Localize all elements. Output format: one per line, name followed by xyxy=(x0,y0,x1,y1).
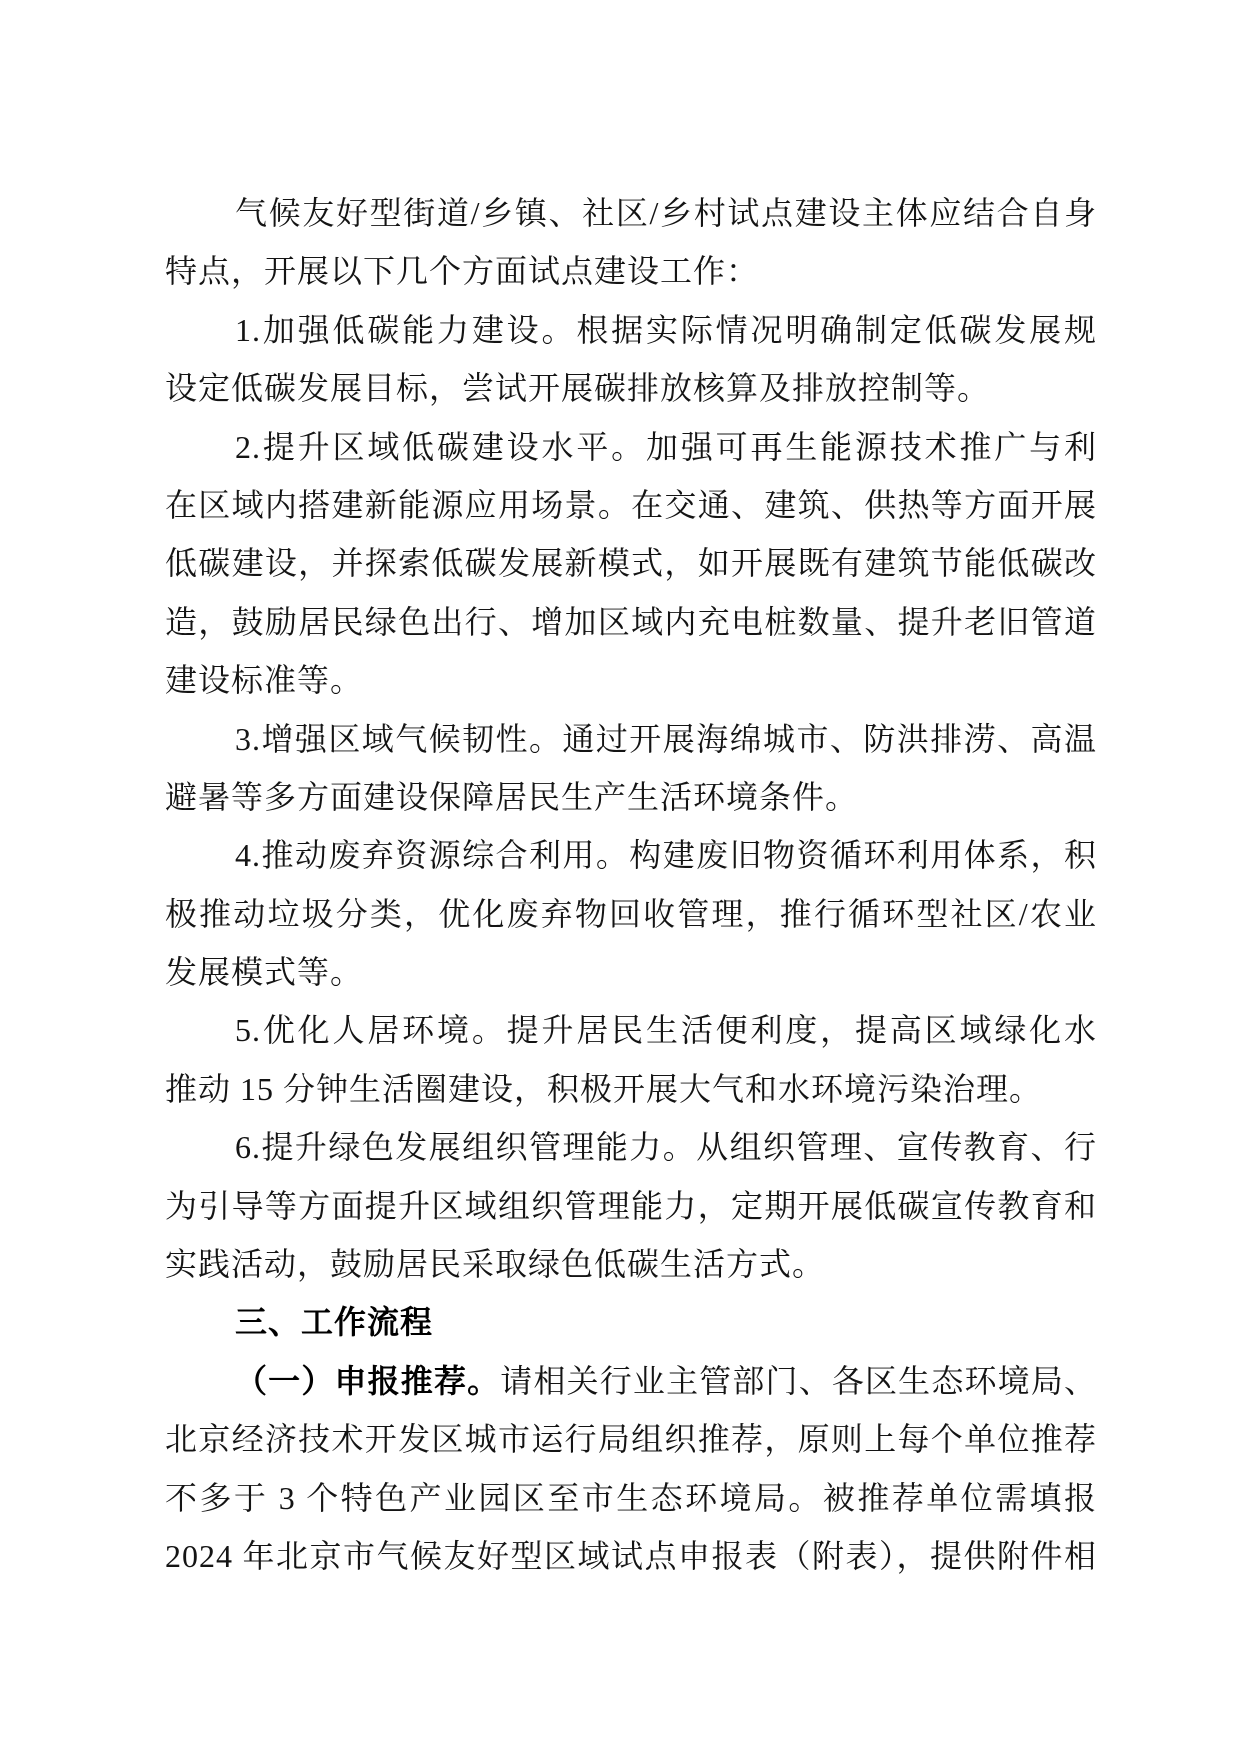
text-line: 不多于 3 个特色产业园区至市生态环境局。被推荐单位需填报 xyxy=(165,1469,1097,1527)
lead-emphasis: （一）申报推荐。 xyxy=(235,1363,500,1399)
text-line: 2024 年北京市气候友好型区域试点申报表（附表），提供附件相 xyxy=(165,1527,1097,1585)
item-4-waste-resource-utilization: 4.推动废弃资源综合利用。构建废旧物资循环利用体系，积极推动垃圾分类，优化废弃物… xyxy=(165,826,1097,1001)
section-heading-workflow: 三、工作流程 xyxy=(165,1293,1097,1351)
text-line: 特点，开展以下几个方面试点建设工作： xyxy=(165,242,1097,300)
text-line: 造，鼓励居民绿色出行、增加区域内充电桩数量、提升老旧管道 xyxy=(165,593,1097,651)
text-line: 1.加强低碳能力建设。根据实际情况明确制定低碳发展规划， xyxy=(165,301,1097,359)
text-column: 气候友好型街道/乡镇、社区/乡村试点建设主体应结合自身特点，开展以下几个方面试点… xyxy=(165,184,1097,1585)
text-line: 极推动垃圾分类，优化废弃物回收管理，推行循环型社区/农业 xyxy=(165,885,1097,943)
item-1-low-carbon-capacity: 1.加强低碳能力建设。根据实际情况明确制定低碳发展规划，设定低碳发展目标，尝试开… xyxy=(165,301,1097,418)
text-line: 建设标准等。 xyxy=(165,651,1097,709)
intro-paragraph: 气候友好型街道/乡镇、社区/乡村试点建设主体应结合自身特点，开展以下几个方面试点… xyxy=(165,184,1097,301)
text-line: 低碳建设，并探索低碳发展新模式，如开展既有建筑节能低碳改 xyxy=(165,534,1097,592)
document-page: 气候友好型街道/乡镇、社区/乡村试点建设主体应结合自身特点，开展以下几个方面试点… xyxy=(0,0,1241,1754)
text-line: 推动 15 分钟生活圈建设，积极开展大气和水环境污染治理。 xyxy=(165,1060,1097,1118)
text-line: （一）申报推荐。请相关行业主管部门、各区生态环境局、 xyxy=(165,1352,1097,1410)
text-line: 设定低碳发展目标，尝试开展碳排放核算及排放控制等。 xyxy=(165,359,1097,417)
text-line: 避暑等多方面建设保障居民生产生活环境条件。 xyxy=(165,768,1097,826)
text-line: 为引导等方面提升区域组织管理能力，定期开展低碳宣传教育和 xyxy=(165,1177,1097,1235)
section-heading-line: 三、工作流程 xyxy=(165,1293,1097,1351)
text-line: 3.增强区域气候韧性。通过开展海绵城市、防洪排涝、高温 xyxy=(165,710,1097,768)
item-2-regional-low-carbon: 2.提升区域低碳建设水平。加强可再生能源技术推广与利用，在区域内搭建新能源应用场… xyxy=(165,418,1097,710)
text-line: 6.提升绿色发展组织管理能力。从组织管理、宣传教育、行 xyxy=(165,1118,1097,1176)
text-line: 北京经济技术开发区城市运行局组织推荐，原则上每个单位推荐 xyxy=(165,1410,1097,1468)
text-line: 发展模式等。 xyxy=(165,943,1097,1001)
text-line: 实践活动，鼓励居民采取绿色低碳生活方式。 xyxy=(165,1235,1097,1293)
text-line: 2.提升区域低碳建设水平。加强可再生能源技术推广与利用， xyxy=(165,418,1097,476)
text-line: 气候友好型街道/乡镇、社区/乡村试点建设主体应结合自身 xyxy=(165,184,1097,242)
item-3-climate-resilience: 3.增强区域气候韧性。通过开展海绵城市、防洪排涝、高温避暑等多方面建设保障居民生… xyxy=(165,710,1097,827)
item-5-living-environment: 5.优化人居环境。提升居民生活便利度，提高区域绿化水平，推动 15 分钟生活圈建… xyxy=(165,1001,1097,1118)
text-line: 5.优化人居环境。提升居民生活便利度，提高区域绿化水平， xyxy=(165,1001,1097,1059)
item-6-green-development-management: 6.提升绿色发展组织管理能力。从组织管理、宣传教育、行为引导等方面提升区域组织管… xyxy=(165,1118,1097,1293)
item-application-recommendation: （一）申报推荐。请相关行业主管部门、各区生态环境局、北京经济技术开发区城市运行局… xyxy=(165,1352,1097,1586)
text-line: 在区域内搭建新能源应用场景。在交通、建筑、供热等方面开展 xyxy=(165,476,1097,534)
text-line: 4.推动废弃资源综合利用。构建废旧物资循环利用体系，积 xyxy=(165,826,1097,884)
